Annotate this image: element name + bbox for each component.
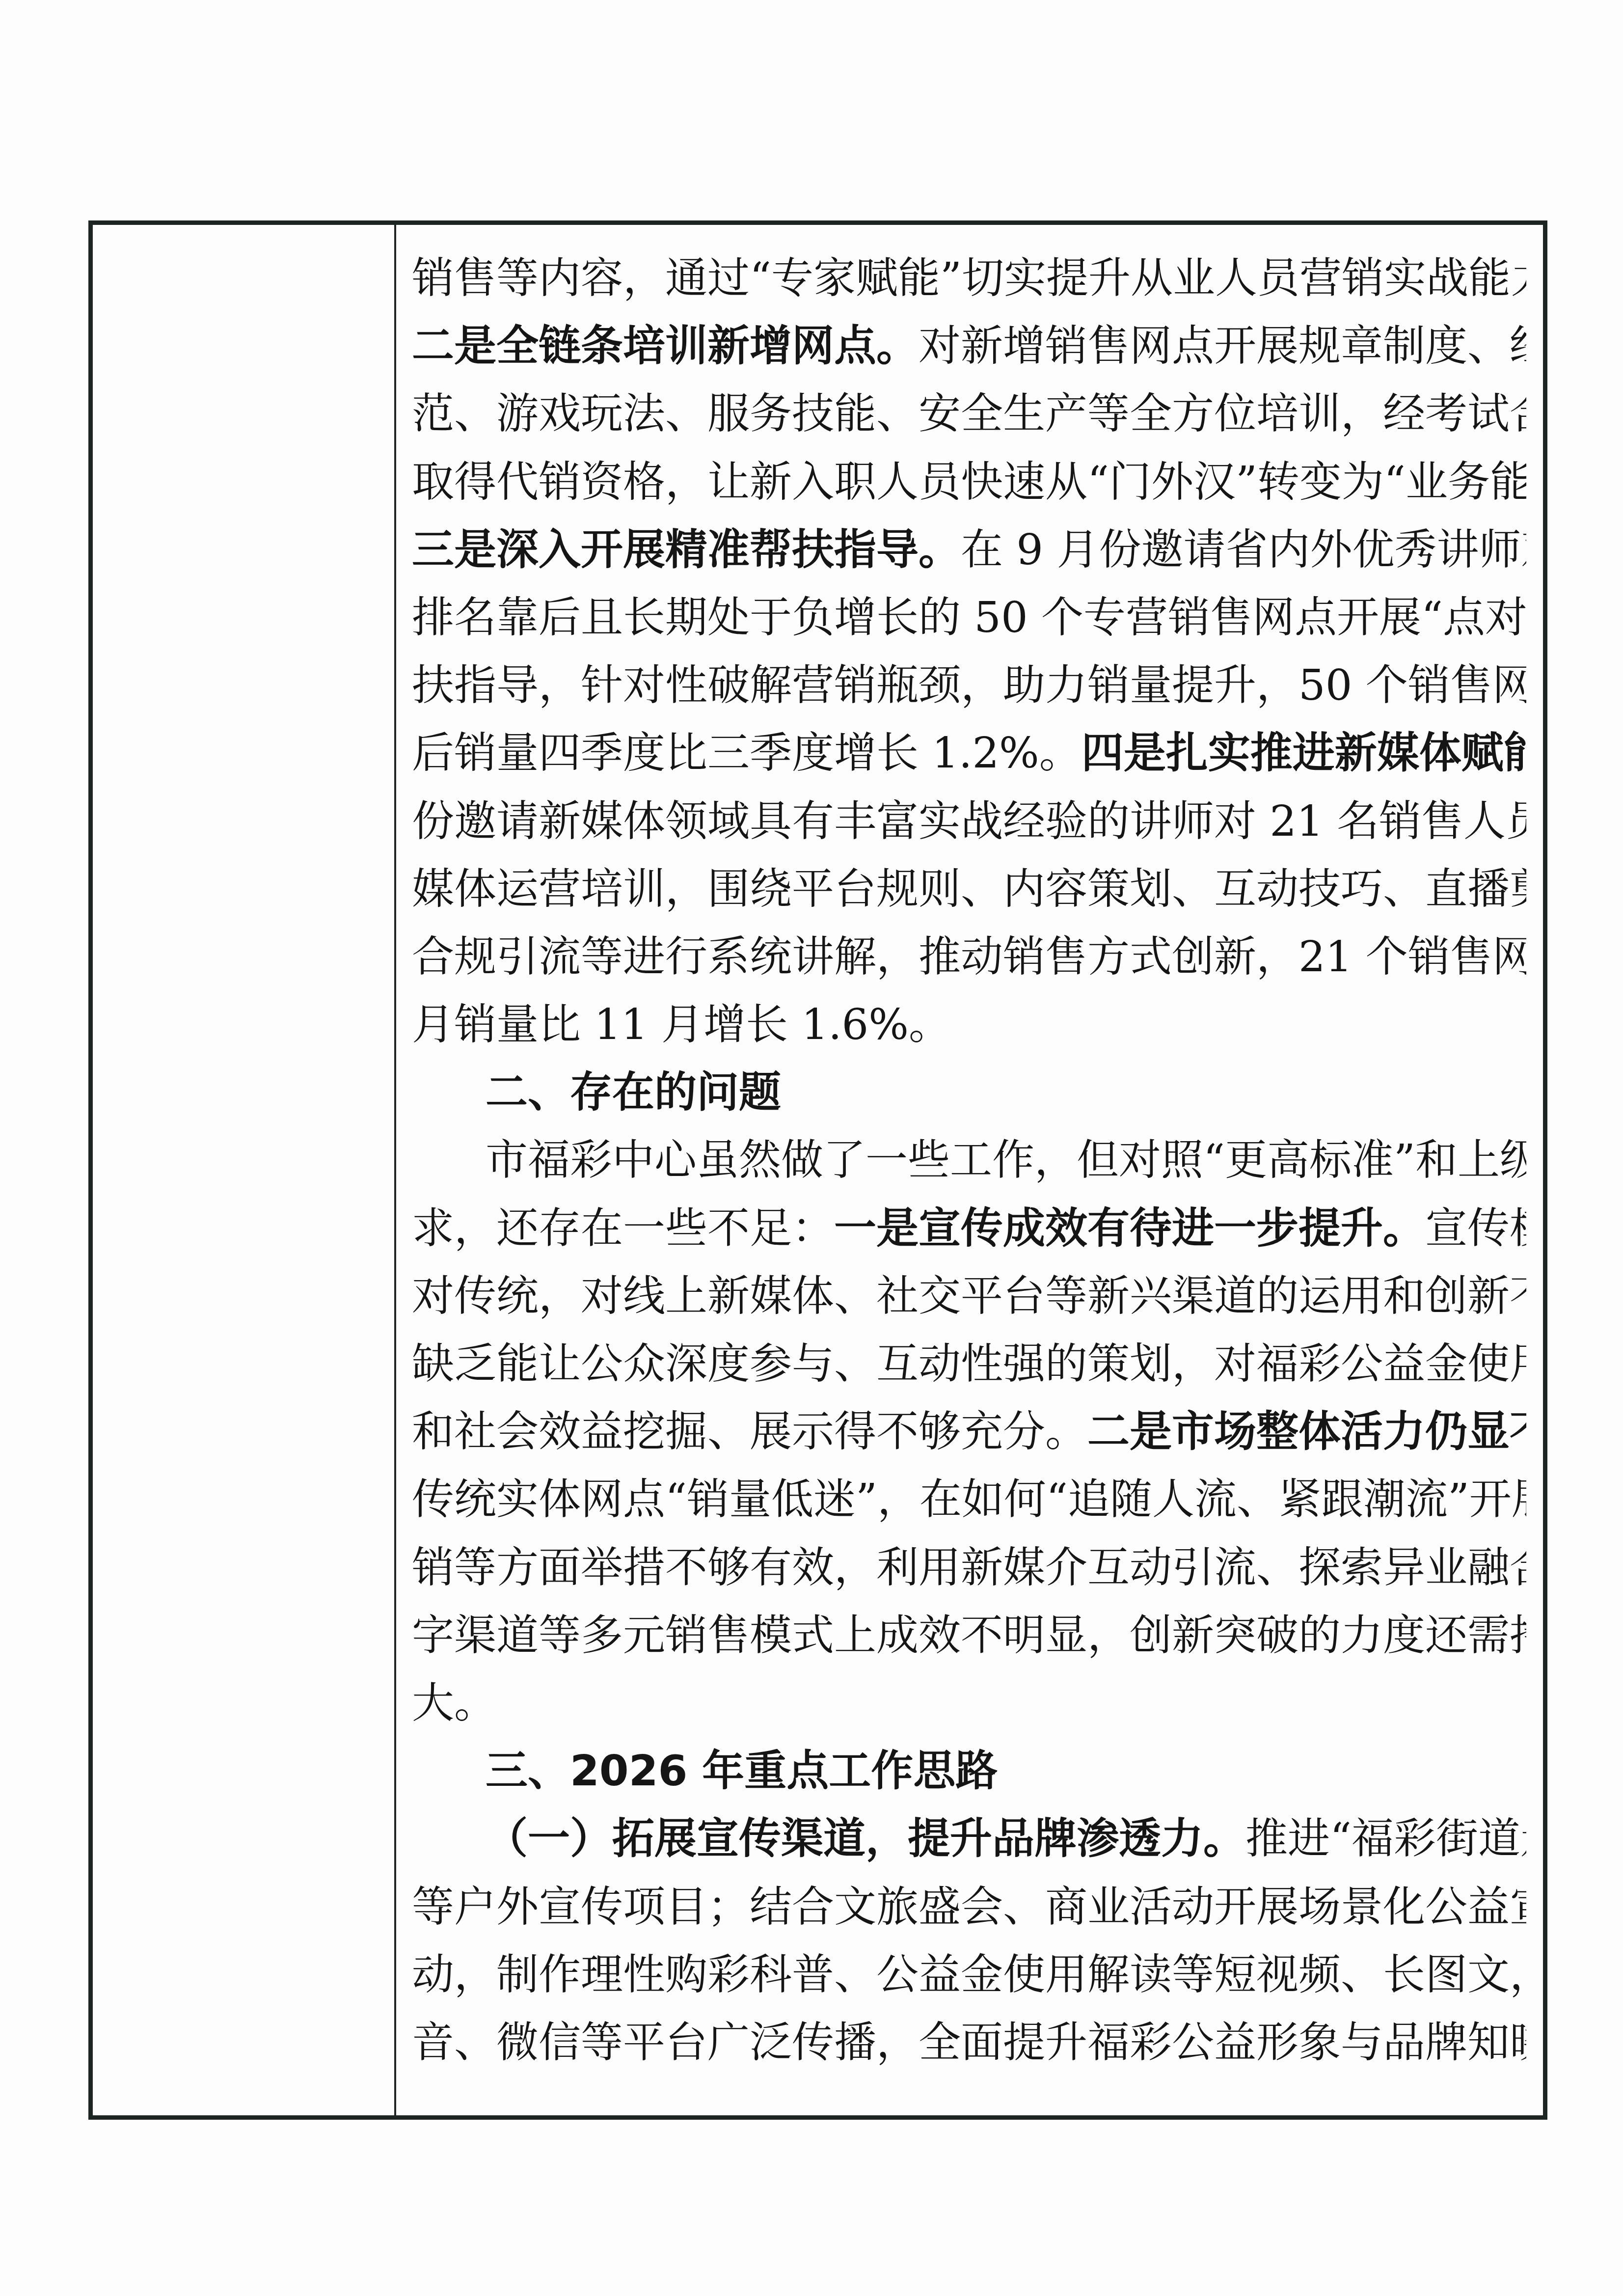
text-run: 后销量四季度比三季度增长 1.2%。 — [412, 729, 1082, 778]
text-run: 音、微信等平台广泛传播，全面提升福彩公益形象与品牌知晓度。 — [412, 2018, 1526, 2067]
text-run: 在 9 月份邀请省内外优秀讲师对销量 — [961, 525, 1526, 574]
paragraph: 销售等内容，通过“专家赋能”切实提升从业人员营销实战能力。 — [412, 245, 1526, 312]
bold-lead-phrase: 二是全链条培训新增网点。 — [412, 321, 919, 371]
text-line: 二、存在的问题 — [412, 1059, 1526, 1126]
text-line: 字渠道等多元销售模式上成效不明显，创新突破的力度还需持续加 — [412, 1602, 1526, 1669]
bold-lead-phrase: 二、存在的问题 — [486, 1068, 781, 1117]
bold-lead-phrase: 三是深入开展精准帮扶指导。 — [412, 525, 961, 574]
text-run: 合规引流等进行系统讲解，推动销售方式创新，21 个销售网点 12 — [412, 932, 1526, 982]
text-run: 宣传模式相 — [1425, 1204, 1526, 1253]
text-run: 推进“福彩街道走廊” — [1245, 1814, 1526, 1863]
text-run: 字渠道等多元销售模式上成效不明显，创新突破的力度还需持续加 — [412, 1611, 1526, 1660]
bold-lead-phrase: 二是市场整体活力仍显不足。 — [1087, 1407, 1526, 1456]
text-line: 市福彩中心虽然做了一些工作，但对照“更高标准”和上级要 — [412, 1126, 1526, 1194]
text-line: 范、游戏玩法、服务技能、安全生产等全方位培训，经考试合格后 — [412, 380, 1526, 448]
text-line: 销等方面举措不够有效，利用新媒介互动引流、探索异业融合、数 — [412, 1534, 1526, 1602]
text-line: 大。 — [412, 1669, 1526, 1737]
bold-lead-phrase: （一）拓展宣传渠道，提升品牌渗透力。 — [486, 1814, 1245, 1863]
paragraph: （一）拓展宣传渠道，提升品牌渗透力。推进“福彩街道走廊”等户外宣传项目；结合文旅… — [412, 1805, 1526, 2077]
text-line: 份邀请新媒体领域具有丰富实战经验的讲师对 21 名销售人员开展新 — [412, 788, 1526, 855]
table-label-cell — [93, 225, 394, 2115]
text-line: 媒体运营培训，围绕平台规则、内容策划、互动技巧、直播剪辑与 — [412, 855, 1526, 923]
text-run: 动，制作理性购彩科普、公益金使用解读等短视频、长图文，在抖 — [412, 1950, 1526, 1999]
section-heading: 二、存在的问题 — [412, 1059, 1526, 1126]
report-table: 销售等内容，通过“专家赋能”切实提升从业人员营销实战能力。二是全链条培训新增网点… — [88, 220, 1547, 2120]
text-line: 求，还存在一些不足：一是宣传成效有待进一步提升。宣传模式相 — [412, 1195, 1526, 1262]
paragraph: 三是深入开展精准帮扶指导。在 9 月份邀请省内外优秀讲师对销量排名靠后且长期处于… — [412, 516, 1526, 1059]
text-line: 月销量比 11 月增长 1.6%。 — [412, 991, 1526, 1059]
bold-lead-phrase: 三、2026 年重点工作思路 — [486, 1747, 998, 1796]
text-run: 销等方面举措不够有效，利用新媒介互动引流、探索异业融合、数 — [412, 1543, 1526, 1592]
text-run: 扶指导，针对性破解营销瓶颈，助力销量提升，50 个销售网点培训 — [412, 661, 1526, 710]
text-line: 取得代销资格，让新入职人员快速从“门外汉”转变为“业务能手”。 — [412, 448, 1526, 516]
text-line: 三、2026 年重点工作思路 — [412, 1737, 1526, 1805]
text-run: 取得代销资格，让新入职人员快速从“门外汉”转变为“业务能手”。 — [412, 458, 1526, 507]
text-run: 销售等内容，通过“专家赋能”切实提升从业人员营销实战能力。 — [412, 254, 1526, 303]
text-line: 传统实体网点“销量低迷”，在如何“追随人流、紧跟潮流”开展营 — [412, 1466, 1526, 1533]
text-line: 音、微信等平台广泛传播，全面提升福彩公益形象与品牌知晓度。 — [412, 2009, 1526, 2077]
text-run: 大。 — [412, 1679, 496, 1728]
paragraph: 二是全链条培训新增网点。对新增销售网点开展规章制度、经营规范、游戏玩法、服务技能… — [412, 312, 1526, 516]
text-run: 范、游戏玩法、服务技能、安全生产等全方位培训，经考试合格后 — [412, 389, 1526, 438]
text-line: 三是深入开展精准帮扶指导。在 9 月份邀请省内外优秀讲师对销量 — [412, 516, 1526, 584]
text-line: 销售等内容，通过“专家赋能”切实提升从业人员营销实战能力。 — [412, 245, 1526, 312]
text-run: 排名靠后且长期处于负增长的 50 个专营销售网点开展“点对点”帮 — [412, 593, 1526, 642]
text-line: 对传统，对线上新媒体、社交平台等新兴渠道的运用和创新不足， — [412, 1262, 1526, 1330]
text-line: 合规引流等进行系统讲解，推动销售方式创新，21 个销售网点 12 — [412, 923, 1526, 991]
bold-lead-phrase: 四是扎实推进新媒体赋能。 — [1082, 728, 1526, 778]
table-content-cell: 销售等内容，通过“专家赋能”切实提升从业人员营销实战能力。二是全链条培训新增网点… — [396, 225, 1543, 2115]
text-run: 缺乏能让公众深度参与、互动性强的策划，对福彩公益金使用成果 — [412, 1339, 1526, 1389]
text-line: 动，制作理性购彩科普、公益金使用解读等短视频、长图文，在抖 — [412, 1941, 1526, 2009]
text-line: 缺乏能让公众深度参与、互动性强的策划，对福彩公益金使用成果 — [412, 1330, 1526, 1398]
text-run: 求，还存在一些不足： — [412, 1204, 834, 1253]
report-body-text: 销售等内容，通过“专家赋能”切实提升从业人员营销实战能力。二是全链条培训新增网点… — [412, 245, 1526, 2077]
text-line: （一）拓展宣传渠道，提升品牌渗透力。推进“福彩街道走廊” — [412, 1805, 1526, 1873]
section-heading: 三、2026 年重点工作思路 — [412, 1737, 1526, 1805]
text-line: 和社会效益挖掘、展示得不够充分。二是市场整体活力仍显不足。 — [412, 1398, 1526, 1466]
text-run: 月销量比 11 月增长 1.6%。 — [412, 1000, 951, 1049]
text-line: 排名靠后且长期处于负增长的 50 个专营销售网点开展“点对点”帮 — [412, 584, 1526, 652]
text-run: 市福彩中心虽然做了一些工作，但对照“更高标准”和上级要 — [486, 1136, 1526, 1185]
text-line: 等户外宣传项目；结合文旅盛会、商业活动开展场景化公益宣传活 — [412, 1873, 1526, 1941]
text-run: 对传统，对线上新媒体、社交平台等新兴渠道的运用和创新不足， — [412, 1272, 1526, 1321]
text-line: 二是全链条培训新增网点。对新增销售网点开展规章制度、经营规 — [412, 312, 1526, 380]
text-run: 和社会效益挖掘、展示得不够充分。 — [412, 1407, 1087, 1456]
text-run: 传统实体网点“销量低迷”，在如何“追随人流、紧跟潮流”开展营 — [412, 1475, 1526, 1524]
text-line: 扶指导，针对性破解营销瓶颈，助力销量提升，50 个销售网点培训 — [412, 652, 1526, 719]
document-page: 销售等内容，通过“专家赋能”切实提升从业人员营销实战能力。二是全链条培训新增网点… — [0, 0, 1623, 2296]
bold-lead-phrase: 一是宣传成效有待进一步提升。 — [834, 1203, 1425, 1253]
text-run: 对新增销售网点开展规章制度、经营规 — [919, 322, 1526, 371]
paragraph: 市福彩中心虽然做了一些工作，但对照“更高标准”和上级要求，还存在一些不足：一是宣… — [412, 1126, 1526, 1737]
text-run: 份邀请新媒体领域具有丰富实战经验的讲师对 21 名销售人员开展新 — [412, 797, 1526, 846]
text-run: 等户外宣传项目；结合文旅盛会、商业活动开展场景化公益宣传活 — [412, 1883, 1526, 1932]
text-run: 媒体运营培训，围绕平台规则、内容策划、互动技巧、直播剪辑与 — [412, 865, 1526, 914]
text-line: 后销量四季度比三季度增长 1.2%。四是扎实推进新媒体赋能。11 月 — [412, 719, 1526, 787]
